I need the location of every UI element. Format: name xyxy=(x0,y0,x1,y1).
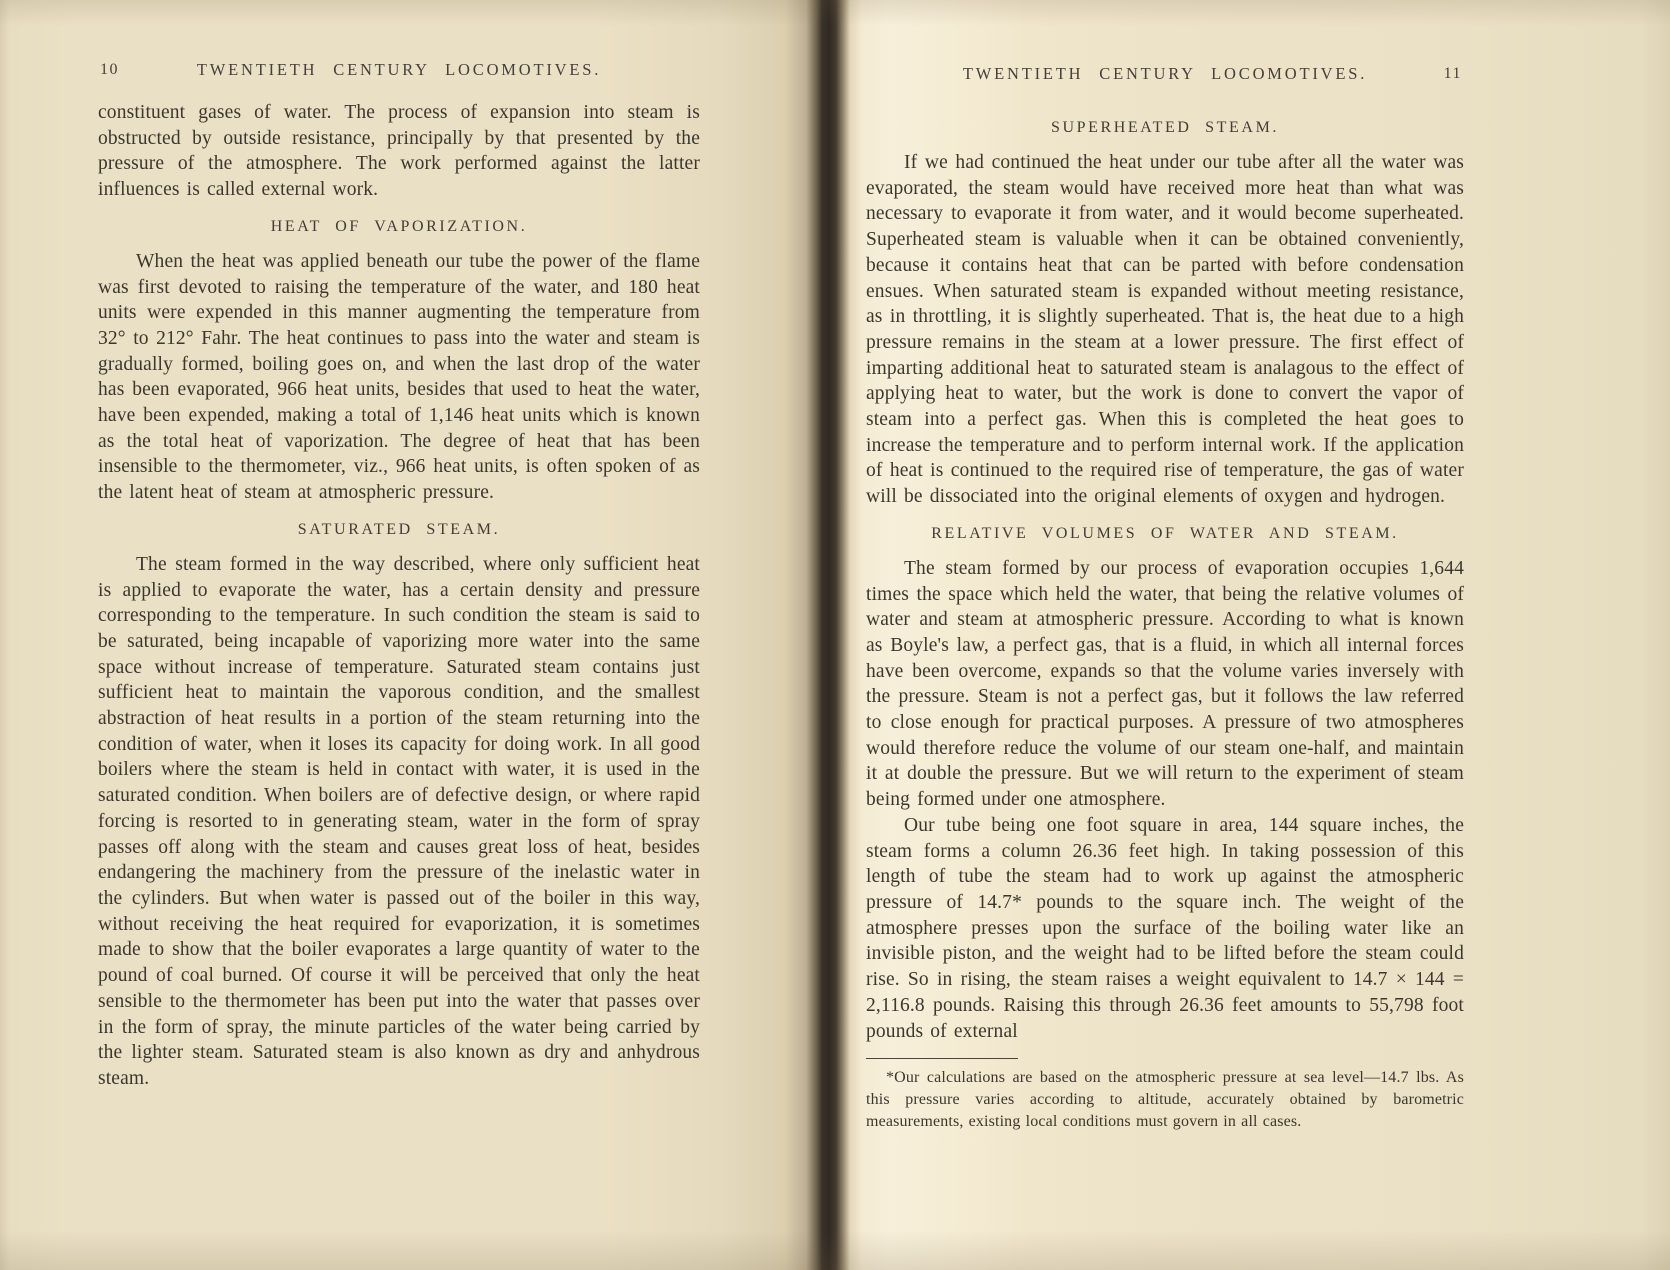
section-heading: HEAT OF VAPORIZATION. xyxy=(98,216,700,238)
left-page-body: constituent gases of water. The process … xyxy=(98,100,700,1092)
page-number: 11 xyxy=(1444,65,1462,83)
paragraph: Our tube being one foot square in area, … xyxy=(866,813,1464,1044)
page-number: 10 xyxy=(100,61,119,79)
running-header: TWENTIETH CENTURY LOCOMOTIVES. xyxy=(98,60,700,80)
book-spine xyxy=(817,0,843,1270)
footnote: *Our calculations are based on the atmos… xyxy=(866,1058,1464,1132)
section-heading: SATURATED STEAM. xyxy=(98,519,700,541)
paragraph: The steam formed in the way described, w… xyxy=(98,552,700,1092)
footnote-text: *Our calculations are based on the atmos… xyxy=(866,1067,1464,1132)
right-page-header: 11 TWENTIETH CENTURY LOCOMOTIVES. xyxy=(866,64,1464,88)
right-page-body: SUPERHEATED STEAM.If we had continued th… xyxy=(866,104,1464,1133)
section-heading: SUPERHEATED STEAM. xyxy=(866,117,1464,139)
left-page-header: 10 TWENTIETH CENTURY LOCOMOTIVES. xyxy=(98,60,700,84)
running-header: TWENTIETH CENTURY LOCOMOTIVES. xyxy=(866,64,1464,84)
section-heading: RELATIVE VOLUMES OF WATER AND STEAM. xyxy=(866,523,1464,545)
footnote-rule xyxy=(866,1058,1018,1059)
paragraph: If we had continued the heat under our t… xyxy=(866,150,1464,510)
paragraph: constituent gases of water. The process … xyxy=(98,100,700,203)
paragraph: The steam formed by our process of evapo… xyxy=(866,556,1464,813)
paragraph: When the heat was applied beneath our tu… xyxy=(98,249,700,506)
book-spread: 10 TWENTIETH CENTURY LOCOMOTIVES. consti… xyxy=(0,0,1670,1270)
